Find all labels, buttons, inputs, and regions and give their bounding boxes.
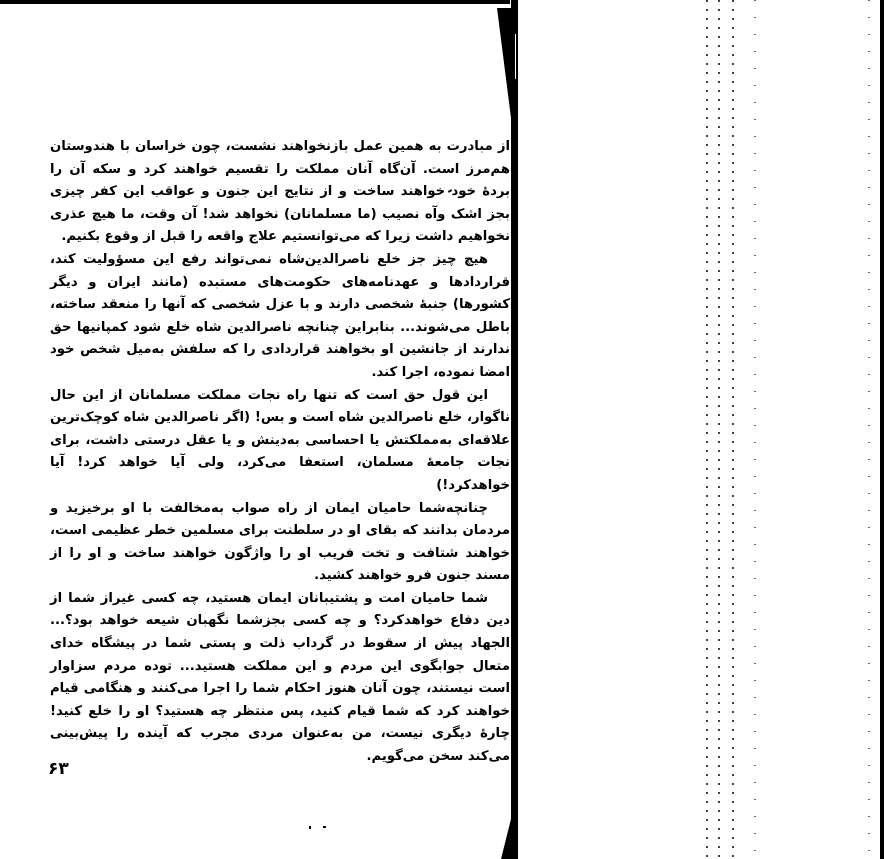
paragraph-2: هیچ چیز جز خلع ناصرالدین‌شاه نمی‌تواند ر… — [50, 249, 510, 385]
scan-noise-column — [706, 0, 708, 859]
scan-right-edge — [880, 0, 884, 859]
scan-noise-column — [732, 0, 734, 859]
gutter-shadow-bottom — [501, 819, 511, 859]
scan-noise-column — [868, 0, 870, 859]
paragraph-3: این قول حق است که تنها راه نجات مملکت مس… — [50, 385, 510, 498]
body-text: از مبادرت به همین عمل بازنخواهند نشست، چ… — [50, 136, 510, 769]
page-number: ۶۳ — [48, 759, 69, 779]
scan-top-edge — [0, 0, 510, 4]
paragraph-4: چنانچه‌شما حامیان ایمان از راه صواب به‌م… — [50, 498, 510, 588]
scan-noise-column — [754, 0, 756, 859]
paragraph-5: شما حامیان امت و پشتیبانان ایمان هستید، … — [50, 588, 510, 769]
book-spine-gutter — [507, 0, 518, 859]
gutter-highlight — [515, 34, 516, 79]
facing-page-blank — [518, 0, 884, 859]
paragraph-1: از مبادرت به همین عمل بازنخواهند نشست، چ… — [50, 136, 510, 249]
scan-speck — [309, 826, 311, 829]
gutter-shadow-top — [497, 8, 511, 118]
scan-noise-column — [718, 0, 720, 859]
scan-speck — [323, 826, 326, 828]
